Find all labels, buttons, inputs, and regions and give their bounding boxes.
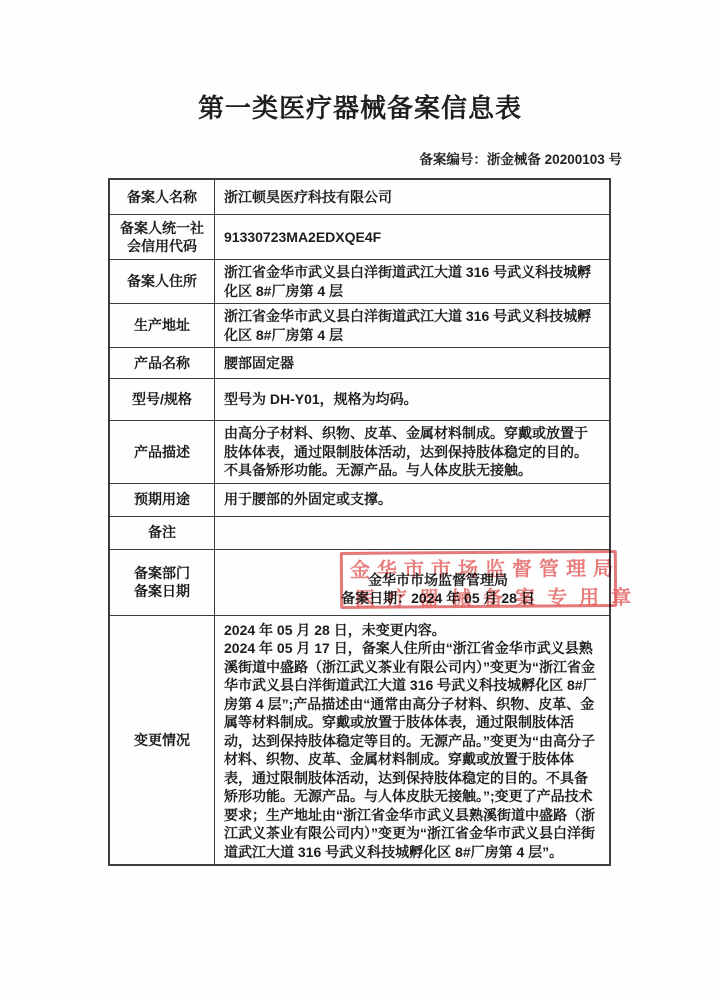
- row-model-spec: 型号/规格 型号为 DH-Y01，规格为均码。: [110, 378, 609, 420]
- row-registrant-name: 备案人名称 浙江顿昊医疗科技有限公司: [110, 180, 609, 214]
- row-product-description: 产品描述 由高分子材料、织物、皮革、金属材料制成。穿戴或放置于肢体体表，通过限制…: [110, 420, 609, 483]
- row-filing-department-date: 备案部门 备案日期 金华市市场监督管理局 备案日期：2024 年 05 月 28…: [110, 549, 609, 615]
- row-production-address: 生产地址 浙江省金华市武义县白洋街道武江大道 316 号武义科技城孵化区 8#厂…: [110, 303, 609, 347]
- filing-info-table: 备案人名称 浙江顿昊医疗科技有限公司 备案人统一社 会信用代码 91330723…: [108, 178, 611, 866]
- label-model-spec: 型号/规格: [110, 379, 215, 420]
- label-production-address: 生产地址: [110, 304, 215, 347]
- label-credit-code: 备案人统一社 会信用代码: [110, 215, 215, 259]
- label-registrant-name: 备案人名称: [110, 180, 215, 214]
- value-credit-code: 91330723MA2EDXQE4F: [215, 215, 609, 259]
- label-intended-use: 预期用途: [110, 484, 215, 516]
- value-change-status: 2024 年 05 月 28 日，未变更内容。 2024 年 05 月 17 日…: [215, 616, 609, 865]
- value-registrant-name: 浙江顿昊医疗科技有限公司: [215, 180, 609, 214]
- filing-number: 备案编号：浙金械备 20200103 号: [108, 148, 622, 168]
- label-change-status: 变更情况: [110, 616, 215, 865]
- value-intended-use: 用于腰部的外固定或支撑。: [215, 484, 609, 516]
- value-product-name: 腰部固定器: [215, 348, 609, 378]
- row-credit-code: 备案人统一社 会信用代码 91330723MA2EDXQE4F: [110, 214, 609, 259]
- label-remarks: 备注: [110, 517, 215, 549]
- value-production-address: 浙江省金华市武义县白洋街道武江大道 316 号武义科技城孵化区 8#厂房第 4 …: [215, 304, 609, 347]
- value-filing-department-date: 金华市市场监督管理局 备案日期：2024 年 05 月 28 日: [215, 550, 609, 615]
- row-registrant-address: 备案人住所 浙江省金华市武义县白洋街道武江大道 316 号武义科技城孵化区 8#…: [110, 259, 609, 303]
- label-product-description: 产品描述: [110, 421, 215, 483]
- row-remarks: 备注: [110, 516, 609, 549]
- row-intended-use: 预期用途 用于腰部的外固定或支撑。: [110, 483, 609, 516]
- row-change-status: 变更情况 2024 年 05 月 28 日，未变更内容。 2024 年 05 月…: [110, 615, 609, 865]
- scanned-document-page: 第一类医疗器械备案信息表 备案编号：浙金械备 20200103 号 备案人名称 …: [0, 0, 720, 1000]
- label-product-name: 产品名称: [110, 348, 215, 378]
- label-registrant-address: 备案人住所: [110, 260, 215, 303]
- filing-department-date-text: 金华市市场监督管理局 备案日期：2024 年 05 月 28 日: [341, 571, 535, 608]
- row-product-name: 产品名称 腰部固定器: [110, 347, 609, 378]
- value-product-description: 由高分子材料、织物、皮革、金属材料制成。穿戴或放置于肢体体表，通过限制肢体活动，…: [215, 421, 609, 483]
- document-title: 第一类医疗器械备案信息表: [0, 88, 720, 125]
- label-filing-department-date: 备案部门 备案日期: [110, 550, 215, 615]
- value-model-spec: 型号为 DH-Y01，规格为均码。: [215, 379, 609, 420]
- value-remarks: [215, 517, 609, 549]
- value-registrant-address: 浙江省金华市武义县白洋街道武江大道 316 号武义科技城孵化区 8#厂房第 4 …: [215, 260, 609, 303]
